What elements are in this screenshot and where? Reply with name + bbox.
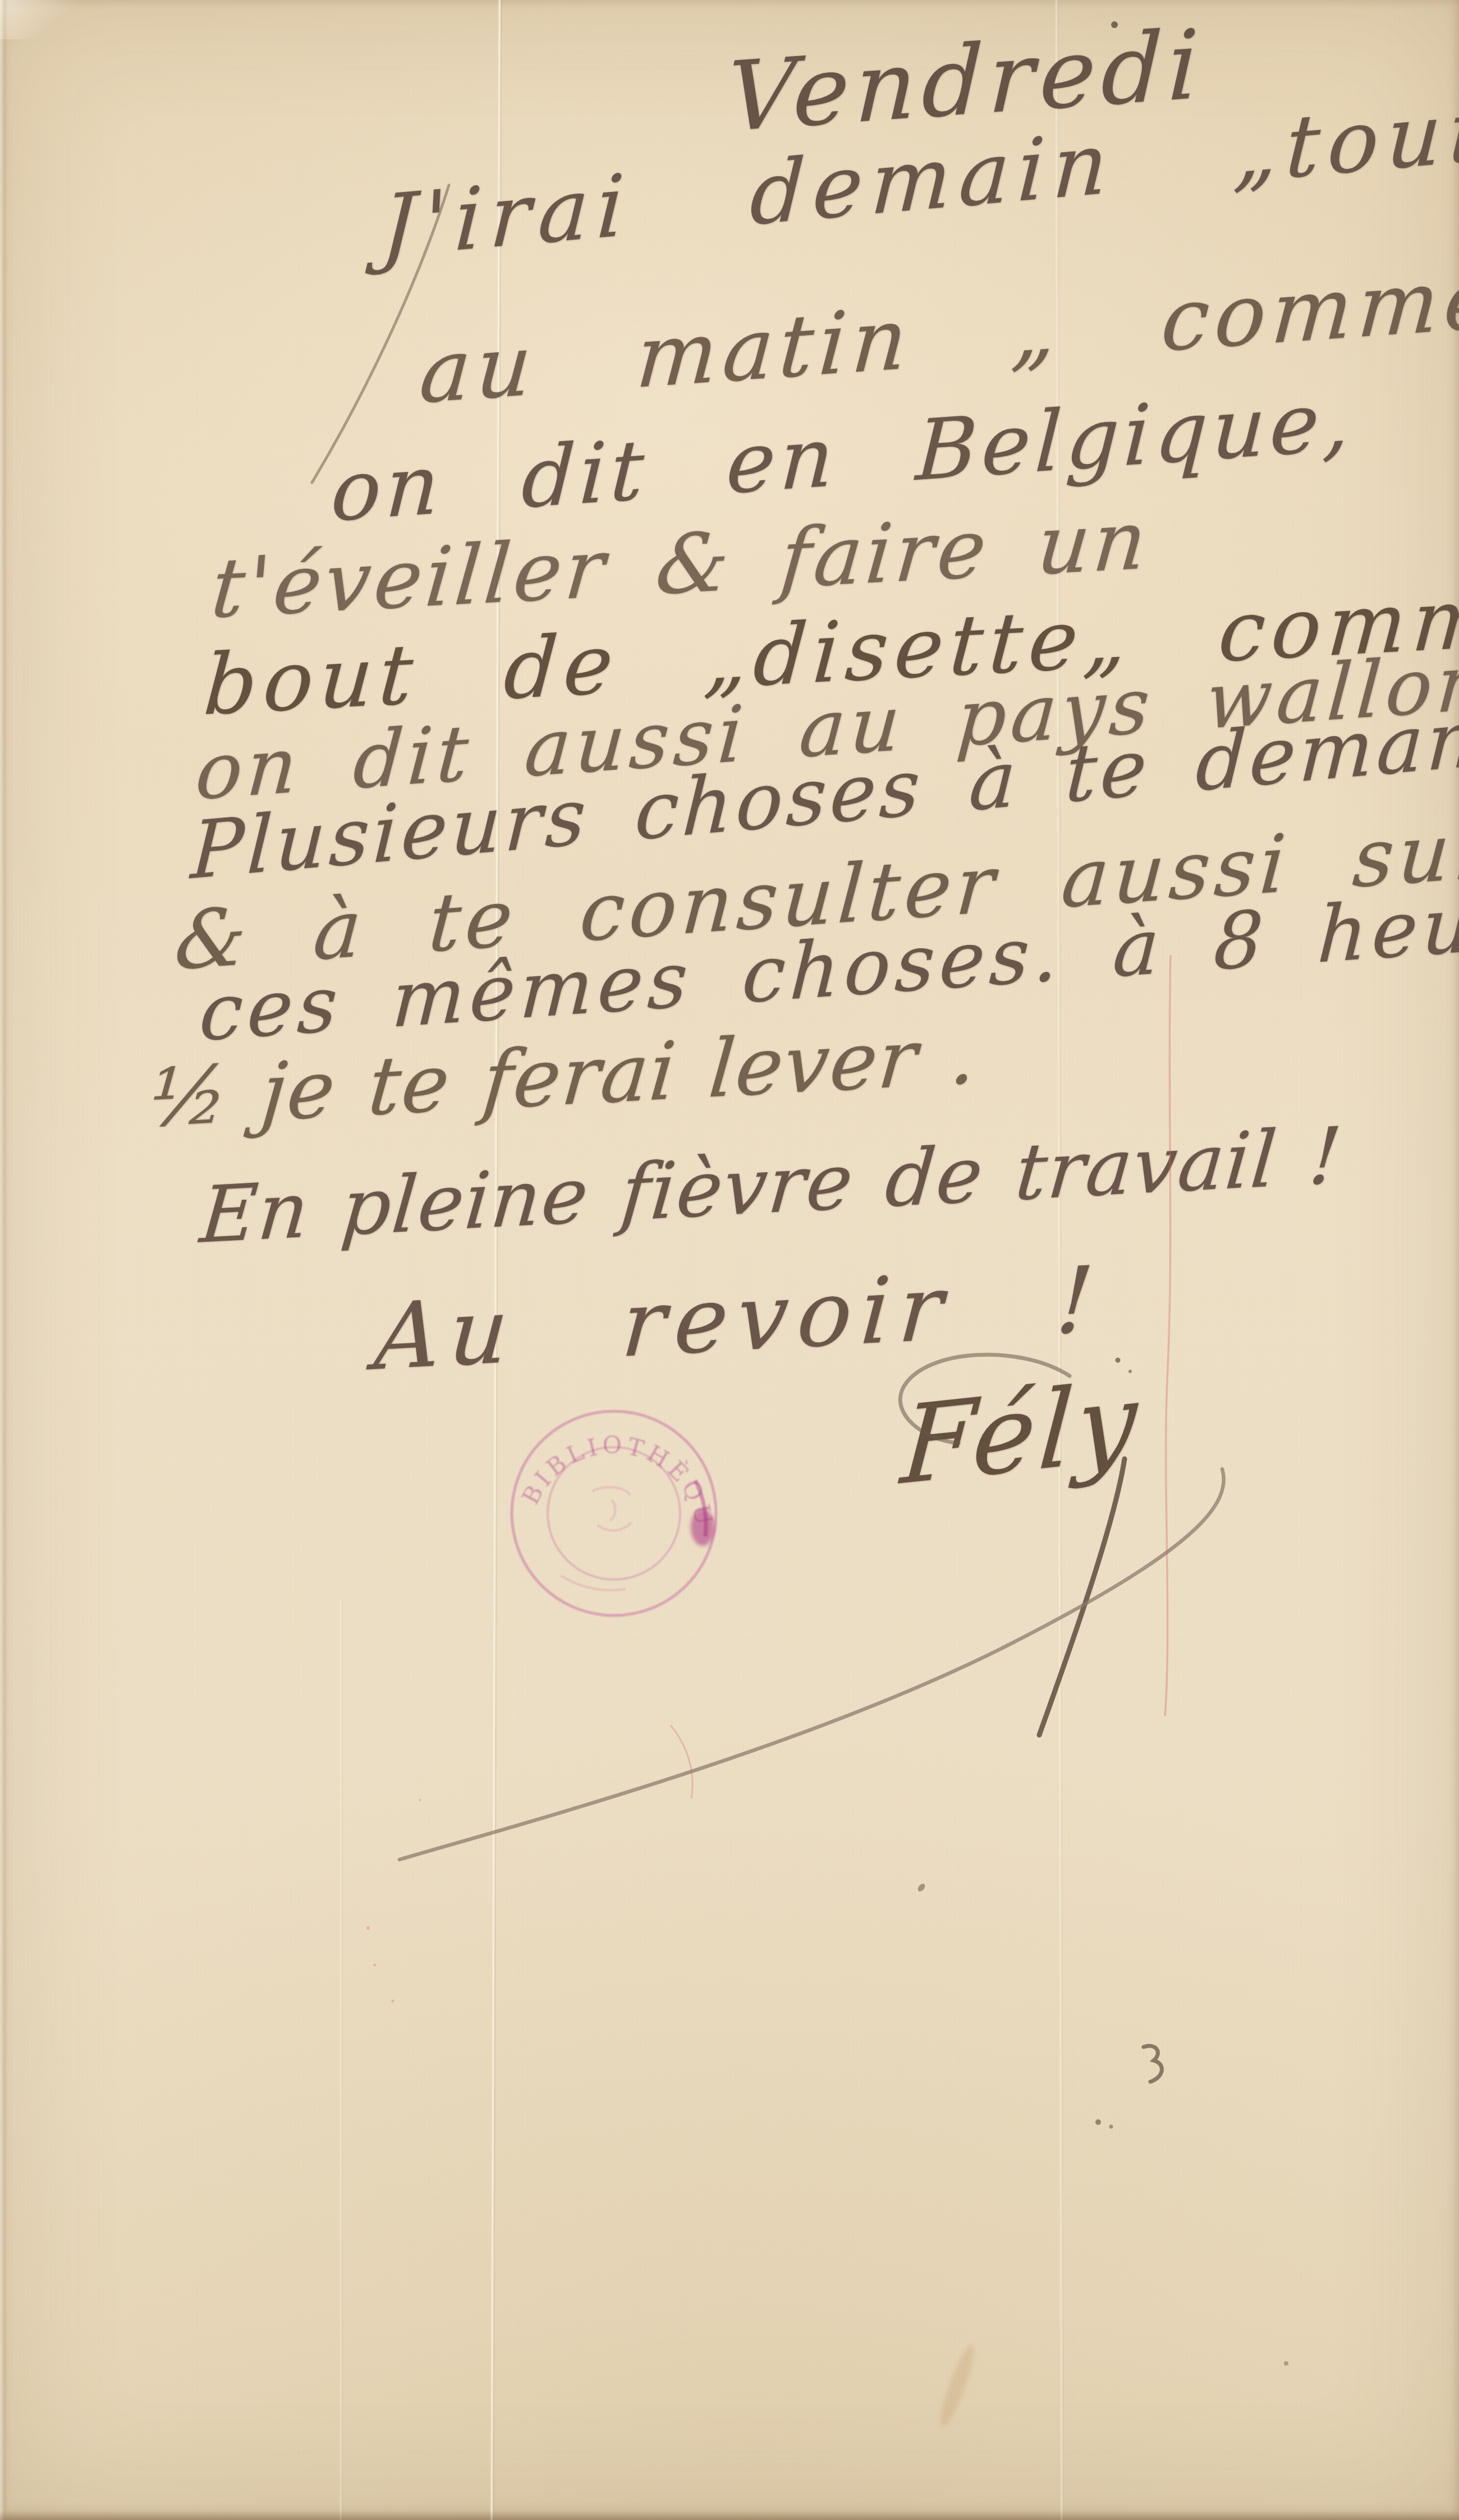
stamp-ring-dark-arc — [695, 1480, 706, 1536]
stamp-outer-ring — [512, 1411, 716, 1615]
signature: Fély — [897, 1358, 1144, 1508]
letter-page: Vendredi J'irai demain „tout au matin „ … — [0, 0, 1459, 2520]
tan-smudge — [935, 2342, 980, 2430]
stamp-inner-ring — [548, 1447, 680, 1580]
stamp-text: BIBLIOTHÈQUE — [508, 1407, 719, 1531]
svg-text:BIBLIOTHÈQUE: BIBLIOTHÈQUE — [508, 1407, 719, 1531]
red-pencil-line — [1165, 955, 1171, 1716]
library-stamp: BIBLIOTHÈQUE — [508, 1407, 720, 1619]
red-pencil-arc — [671, 1725, 692, 1798]
closing-line: Au revoir ! — [371, 1247, 1105, 1391]
signature-y-descender — [1039, 1459, 1125, 1735]
paper-left-edge — [0, 0, 8, 2520]
red-specks — [366, 1799, 421, 2003]
ink-smudge-squiggle — [1144, 2046, 1162, 2082]
signature-paraph-line — [400, 1469, 1224, 1860]
scan-bottom-edge — [0, 2511, 1459, 2520]
paper-corner-highlight — [0, 0, 84, 39]
stamp-faint-marks — [561, 1487, 631, 1590]
stamp-ink-blob — [691, 1509, 714, 1546]
fold-crease-faint — [339, 1599, 343, 2520]
